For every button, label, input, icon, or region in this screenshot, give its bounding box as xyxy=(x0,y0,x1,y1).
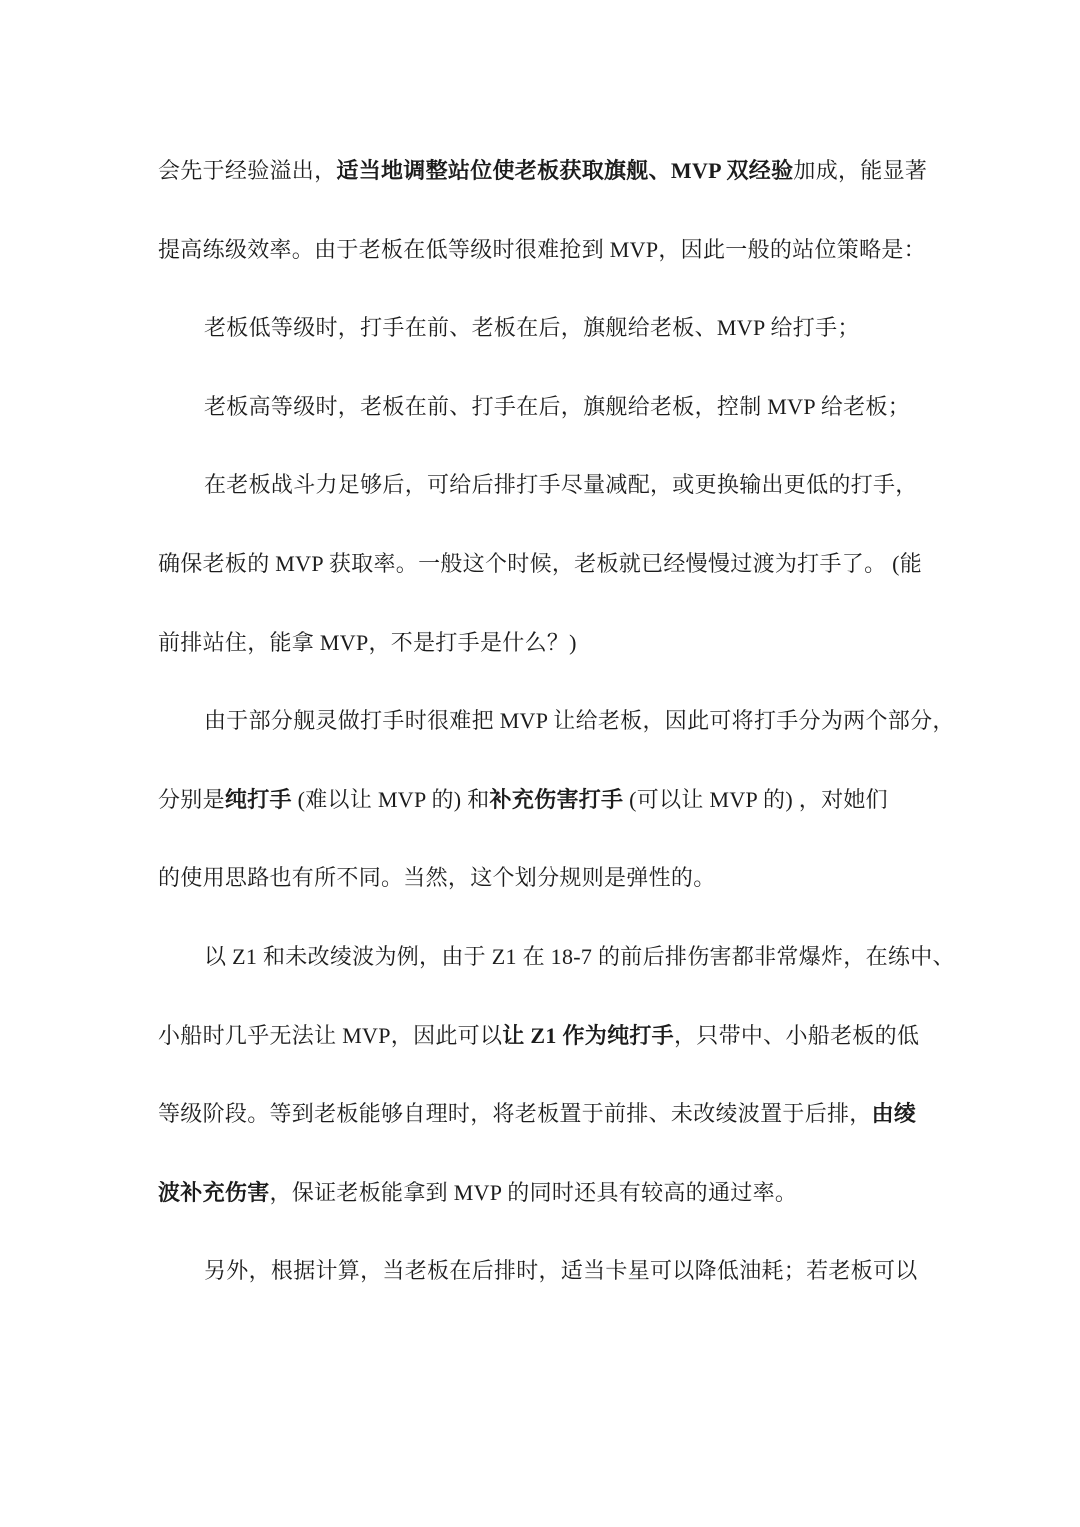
text-segment: 分别是 xyxy=(158,787,225,812)
text-line: 提高练级效率。由于老板在低等级时很难抢到 MVP，因此一般的站位策略是： xyxy=(158,211,933,290)
text-line: 波补充伤害，保证老板能拿到 MVP 的同时还具有较高的通过率。 xyxy=(158,1154,933,1233)
text-segment: 老板高等级时，老板在前、打手在后，旗舰给老板，控制 MVP 给老板； xyxy=(204,394,910,419)
text-line: 前排站住，能拿 MVP，不是打手是什么？) xyxy=(158,604,933,683)
text-segment: 提高练级效率。由于老板在低等级时很难抢到 MVP，因此一般的站位策略是： xyxy=(158,237,926,262)
text-segment: 会先于经验溢出， xyxy=(158,158,336,183)
text-line: 由于部分舰灵做打手时很难把 MVP 让给老板，因此可将打手分为两个部分， xyxy=(158,682,933,761)
text-line: 老板高等级时，老板在前、打手在后，旗舰给老板，控制 MVP 给老板； xyxy=(158,368,933,447)
text-segment: 老板低等级时，打手在前、老板在后，旗舰给老板、MVP 给打手； xyxy=(204,315,860,340)
text-line: 的使用思路也有所不同。当然，这个划分规则是弹性的。 xyxy=(158,839,933,918)
text-segment: 加成，能显著 xyxy=(793,158,927,183)
document-body: 会先于经验溢出，适当地调整站位使老板获取旗舰、MVP 双经验加成，能显著提高练级… xyxy=(158,132,933,1311)
text-segment: 另外，根据计算，当老板在后排时，适当卡星可以降低油耗；若老板可以 xyxy=(204,1258,918,1283)
bold-text-segment: 让 Z1 作为纯打手 xyxy=(502,1023,674,1048)
text-line: 会先于经验溢出，适当地调整站位使老板获取旗舰、MVP 双经验加成，能显著 xyxy=(158,132,933,211)
text-segment: 前排站住，能拿 MVP，不是打手是什么？) xyxy=(158,630,577,655)
bold-text-segment: 补充伤害打手 xyxy=(490,787,624,812)
text-line: 老板低等级时，打手在前、老板在后，旗舰给老板、MVP 给打手； xyxy=(158,289,933,368)
text-segment: (难以让 MVP 的) 和 xyxy=(292,787,490,812)
text-segment: ，只带中、小船老板的低 xyxy=(674,1023,919,1048)
bold-text-segment: 由绫 xyxy=(872,1101,917,1126)
text-segment: 的使用思路也有所不同。当然，这个划分规则是弹性的。 xyxy=(158,865,716,890)
text-segment: 以 Z1 和未改绫波为例，由于 Z1 在 18-7 的前后排伤害都非常爆炸，在练… xyxy=(204,944,955,969)
text-line: 以 Z1 和未改绫波为例，由于 Z1 在 18-7 的前后排伤害都非常爆炸，在练… xyxy=(158,918,933,997)
text-segment: 等级阶段。等到老板能够自理时，将老板置于前排、未改绫波置于后排， xyxy=(158,1101,872,1126)
text-segment: 由于部分舰灵做打手时很难把 MVP 让给老板，因此可将打手分为两个部分， xyxy=(204,708,955,733)
text-line: 小船时几乎无法让 MVP，因此可以让 Z1 作为纯打手，只带中、小船老板的低 xyxy=(158,997,933,1076)
text-line: 在老板战斗力足够后，可给后排打手尽量减配，或更换输出更低的打手， xyxy=(158,446,933,525)
page-background: 会先于经验溢出，适当地调整站位使老板获取旗舰、MVP 双经验加成，能显著提高练级… xyxy=(0,0,1080,1527)
text-line: 确保老板的 MVP 获取率。一般这个时候，老板就已经慢慢过渡为打手了。 (能 xyxy=(158,525,933,604)
bold-text-segment: 纯打手 xyxy=(225,787,292,812)
text-segment: 确保老板的 MVP 获取率。一般这个时候，老板就已经慢慢过渡为打手了。 (能 xyxy=(158,551,922,576)
text-segment: 小船时几乎无法让 MVP，因此可以 xyxy=(158,1023,502,1048)
text-line: 等级阶段。等到老板能够自理时，将老板置于前排、未改绫波置于后排，由绫 xyxy=(158,1075,933,1154)
text-segment: (可以让 MVP 的) ，对她们 xyxy=(623,787,888,812)
text-line: 另外，根据计算，当老板在后排时，适当卡星可以降低油耗；若老板可以 xyxy=(158,1232,933,1311)
text-line: 分别是纯打手 (难以让 MVP 的) 和补充伤害打手 (可以让 MVP 的) ，… xyxy=(158,761,933,840)
text-segment: ，保证老板能拿到 MVP 的同时还具有较高的通过率。 xyxy=(270,1180,798,1205)
bold-text-segment: 适当地调整站位使老板获取旗舰、MVP 双经验 xyxy=(336,158,793,183)
text-segment: 在老板战斗力足够后，可给后排打手尽量减配，或更换输出更低的打手， xyxy=(204,472,918,497)
document-page: { "document": { "page_background": "#fff… xyxy=(0,0,1080,1527)
bold-text-segment: 波补充伤害 xyxy=(158,1180,270,1205)
